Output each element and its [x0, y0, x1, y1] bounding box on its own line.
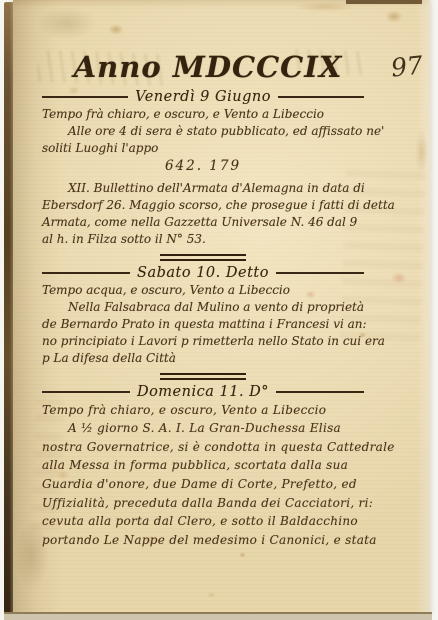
stain: [385, 10, 403, 23]
manuscript-line: Tempo acqua, e oscuro, Vento a Libeccio: [42, 282, 364, 299]
manuscript-line: al h. in Filza sotto il N° 53.: [42, 231, 364, 248]
stain: [37, 6, 97, 40]
separator-double-rule: [160, 373, 246, 380]
page-top-edge-shadow: [346, 0, 422, 4]
manuscript-line: alla Messa in forma pubblica, scortata d…: [42, 456, 364, 475]
manuscript-photo: Anno MDCCCIX 97 Venerdì 9 GiugnoTempo fr…: [0, 0, 438, 620]
stain: [415, 130, 428, 174]
stain: [391, 272, 407, 284]
journal-entry: Venerdì 9 GiugnoTempo frà chiaro, e oscu…: [42, 88, 364, 249]
journal-entry: Sabato 10. DettoTempo acqua, e oscuro, V…: [42, 254, 364, 368]
heading-rule-left: [42, 272, 130, 274]
manuscript-line: Alle ore 4 di sera è stato pubblicato, e…: [42, 123, 364, 140]
manuscript-line: XII. Bullettino dell'Armata d'Alemagna i…: [42, 180, 364, 197]
heading-rule-right: [276, 272, 364, 274]
entry-heading-row: Domenica 11. D°: [42, 383, 364, 401]
heading-rule-left: [42, 96, 128, 98]
manuscript-line: de Bernardo Prato in questa mattina i Fr…: [42, 316, 364, 333]
manuscript-line: Ebersdorf 26. Maggio scorso, che prosegu…: [42, 197, 364, 214]
journal-entry: Domenica 11. D°Tempo frà chiaro, e oscur…: [42, 373, 364, 550]
entries: Venerdì 9 GiugnoTempo frà chiaro, e oscu…: [42, 88, 364, 549]
entry-date-heading: Venerdì 9 Giugno: [135, 89, 271, 105]
entry-date-heading: Sabato 10. Detto: [137, 265, 269, 281]
manuscript-line: soliti Luoghi l'appo: [42, 140, 364, 157]
manuscript-line: A ½ giorno S. A. I. La Gran-Duchessa Eli…: [42, 419, 364, 438]
manuscript-line: portando Le Nappe del medesimo i Canonic…: [42, 531, 364, 550]
year-title: Anno MDCCCIX: [53, 50, 363, 84]
manuscript-line: 642. 179: [42, 158, 364, 175]
stain: [108, 24, 124, 35]
separator-double-rule: [160, 254, 246, 261]
entry-date-heading: Domenica 11. D°: [137, 384, 269, 400]
manuscript-line: cevuta alla porta dal Clero, e sotto il …: [42, 512, 364, 531]
heading-rule-right: [278, 96, 364, 98]
manuscript-line: Guardia d'onore, due Dame di Corte, Pref…: [42, 475, 364, 494]
entry-heading-row: Sabato 10. Detto: [42, 264, 364, 282]
manuscript-line: Uffizialità, preceduta dalla Banda dei C…: [42, 494, 364, 513]
heading-rule-right: [276, 391, 364, 393]
manuscript-line: Armata, come nella Gazzetta Universale N…: [42, 214, 364, 231]
entry-heading-row: Venerdì 9 Giugno: [42, 88, 364, 106]
manuscript-line: no principiato i Lavori p rimetterla nel…: [42, 333, 364, 350]
manuscript-page: Anno MDCCCIX 97 Venerdì 9 GiugnoTempo fr…: [13, 0, 430, 615]
manuscript-line: Nella Falsabraca dal Mulino a vento di p…: [42, 299, 364, 316]
book-bottom-edge: [4, 612, 432, 620]
stain: [239, 552, 246, 558]
manuscript-line: nostra Governatrice, si è condotta in qu…: [42, 438, 364, 457]
manuscript-line: Tempo frà chiaro, e oscuro, e Vento a Li…: [42, 106, 364, 123]
heading-rule-left: [42, 391, 130, 393]
manuscript-line: Tempo frà chiaro, e oscuro, Vento a Libe…: [42, 401, 364, 420]
page-number: 97: [390, 50, 425, 82]
book-binding-edge: [4, 2, 13, 613]
manuscript-line: p La difesa della Città: [42, 350, 364, 367]
stain: [207, 592, 216, 598]
